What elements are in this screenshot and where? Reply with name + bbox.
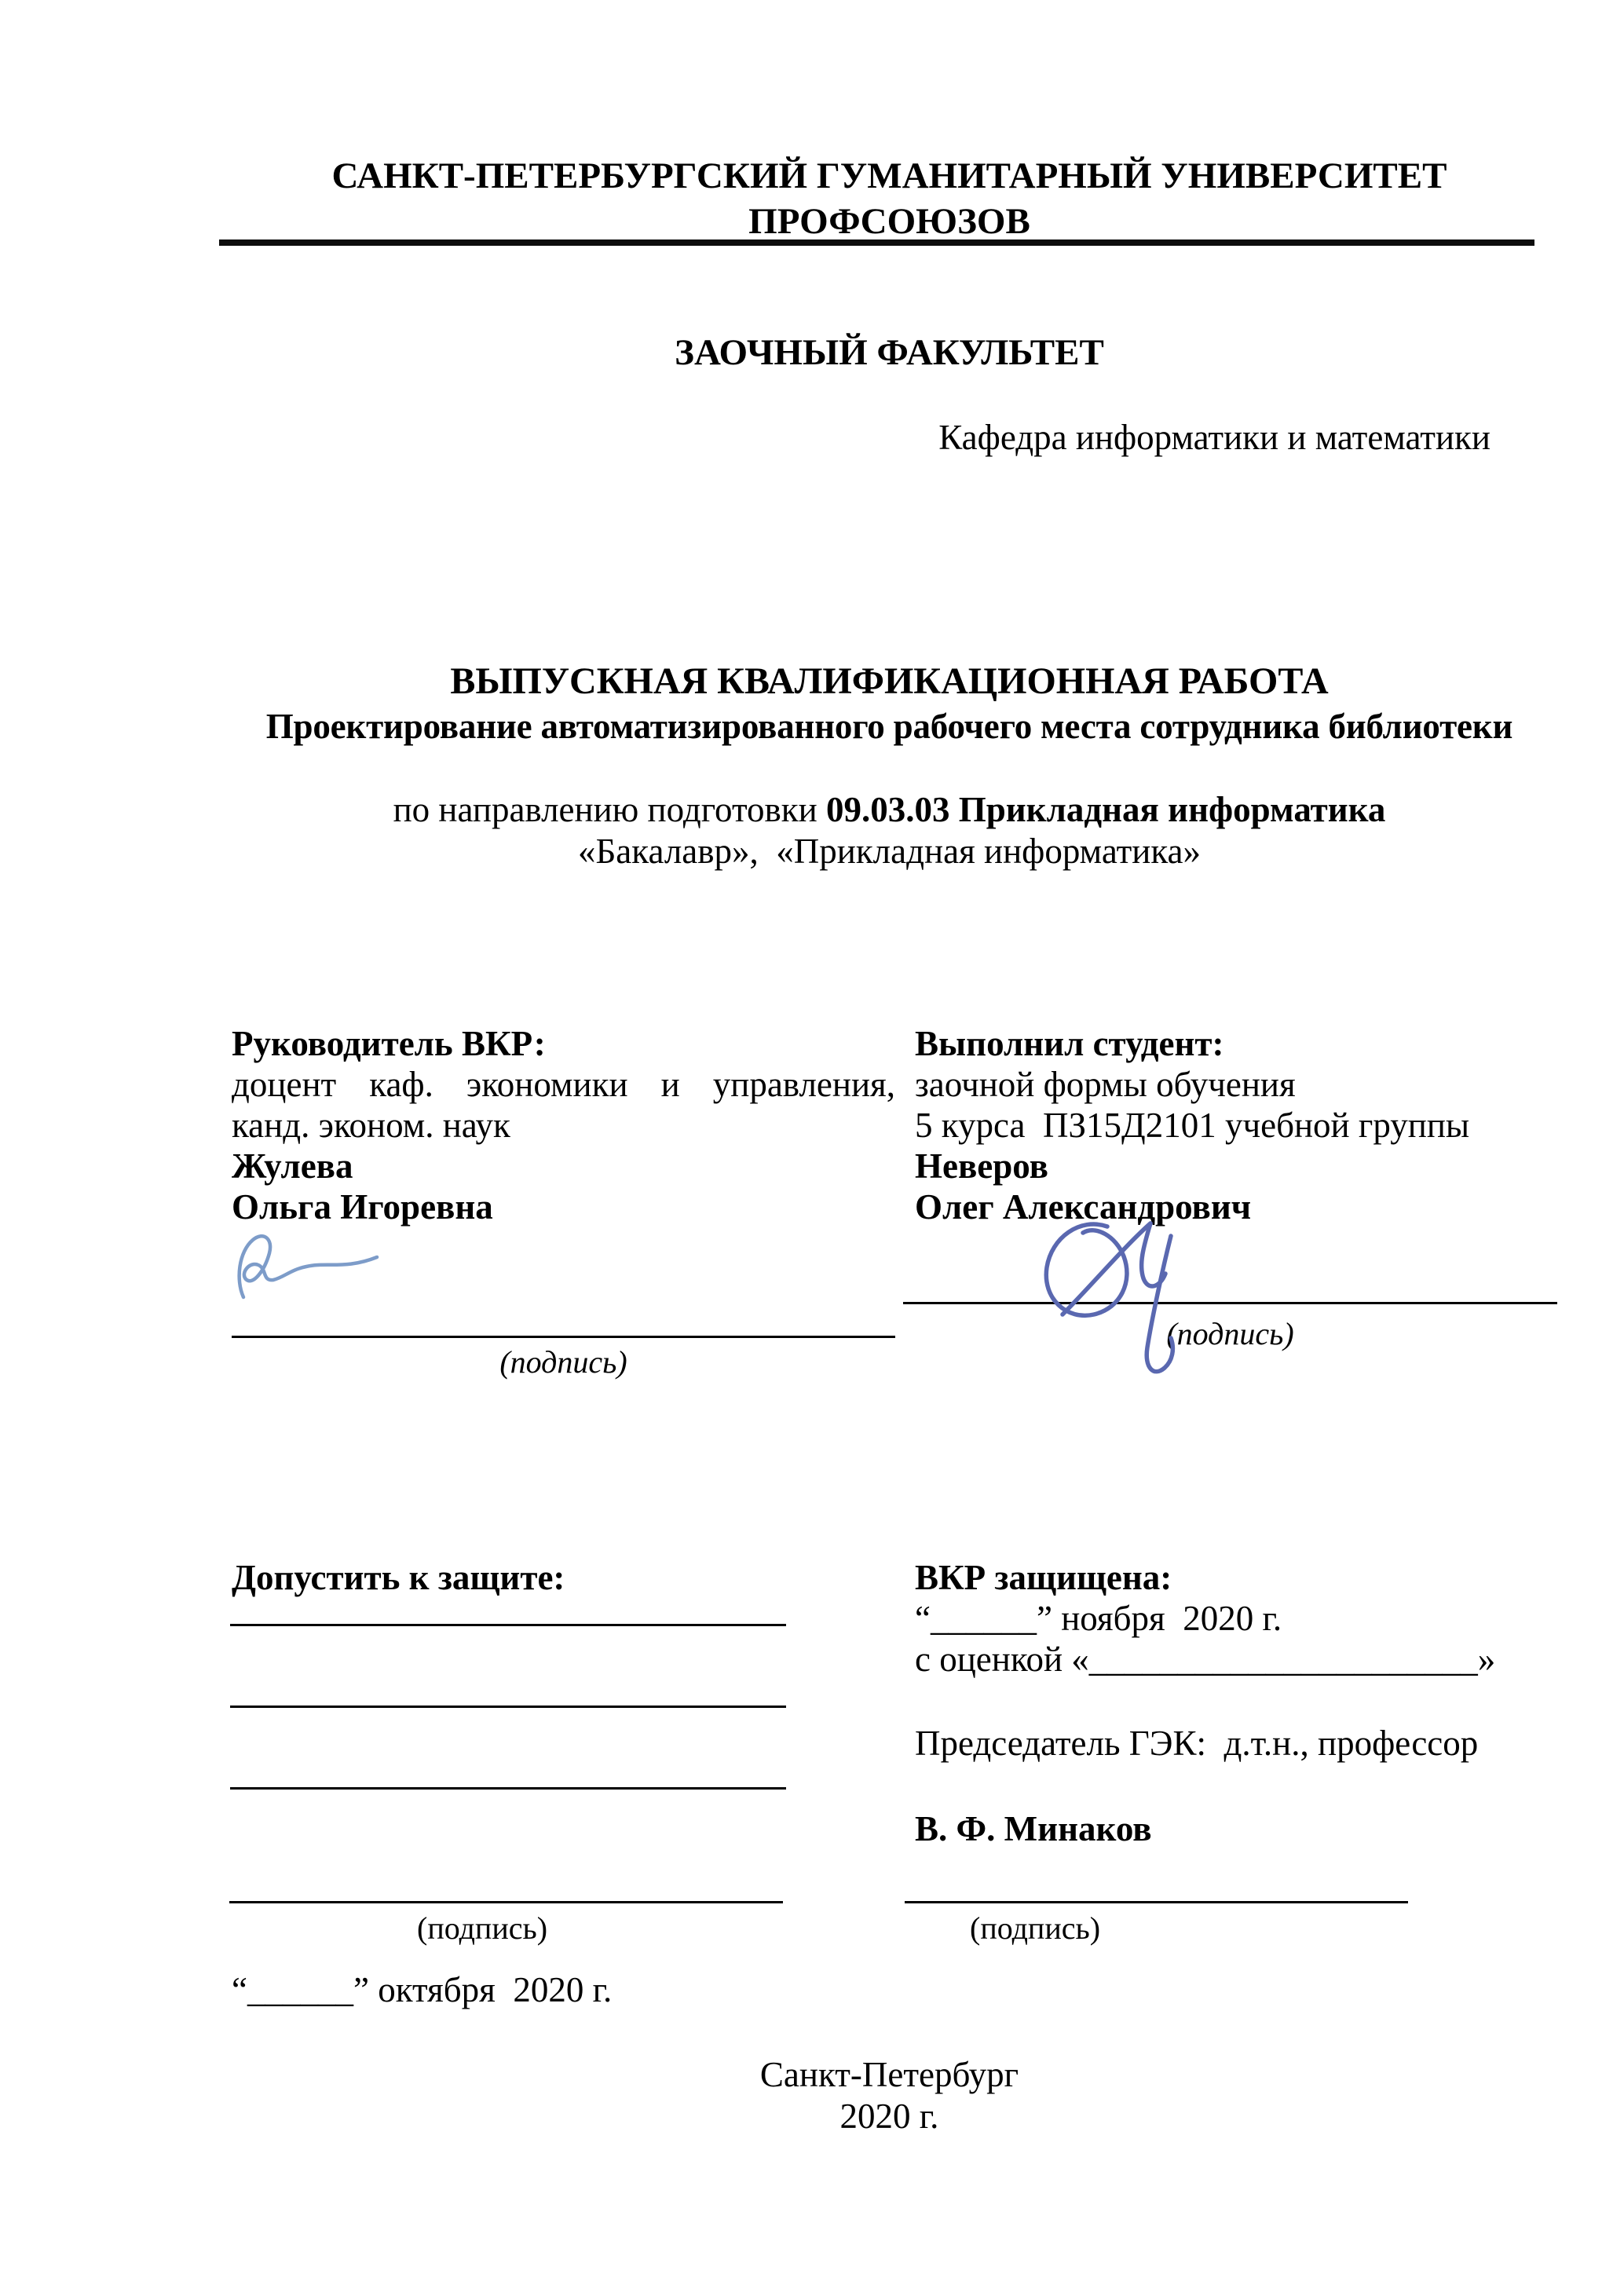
defense-heading: ВКР защищена: <box>915 1557 1547 1598</box>
admission-date-line: “______” октября 2020 г. <box>232 1969 612 2010</box>
footer-city: Санкт-Петербург <box>232 2054 1547 2095</box>
direction-prefix: по направлению подготовки <box>393 790 826 829</box>
chairman-signature-line <box>905 1901 1408 1903</box>
supervisor-position-line1: доцент каф. экономики и управления, <box>232 1064 895 1105</box>
university-name-line2: ПРОФСОЮЗОВ <box>232 199 1547 244</box>
student-signature <box>1033 1216 1229 1384</box>
header-divider <box>219 239 1534 246</box>
qualification-line: «Бакалавр», «Прикладная информатика» <box>232 831 1547 872</box>
student-line1: заочной формы обучения <box>915 1064 1547 1105</box>
supervisor-position-line2: канд. эконом. наук <box>232 1105 895 1146</box>
work-topic: Проектирование автоматизированного рабоч… <box>232 706 1547 747</box>
student-signature-caption: (подпись) <box>903 1316 1557 1352</box>
supervisor-name: Ольга Игоревна <box>232 1186 895 1227</box>
work-type-title: ВЫПУСКНАЯ КВАЛИФИКАЦИОННАЯ РАБОТА <box>232 661 1547 702</box>
supervisor-heading: Руководитель ВКР: <box>232 1023 895 1064</box>
defense-date-line: “______” ноября 2020 г. <box>915 1598 1547 1639</box>
student-line2: 5 курса ПЗ15Д2101 учебной группы <box>915 1105 1547 1146</box>
faculty-name: ЗАОЧНЫЙ ФАКУЛЬТЕТ <box>232 331 1547 375</box>
chairman-signature-caption: (подпись) <box>970 1910 1100 1947</box>
supervisor-surname: Жулева <box>232 1146 895 1186</box>
admission-heading: Допустить к защите: <box>232 1557 565 1598</box>
department-name: Кафедра информатики и математики <box>232 417 1547 458</box>
student-block: Выполнил студент: заочной формы обучения… <box>915 1023 1547 1227</box>
admission-signature-line <box>229 1901 783 1903</box>
supervisor-signature <box>234 1234 387 1305</box>
admission-blank-line-3 <box>230 1787 786 1790</box>
defense-chairman-line: Председатель ГЭК: д.т.н., профессор <box>915 1723 1547 1764</box>
admission-signature-caption: (подпись) <box>417 1910 547 1947</box>
study-direction-line: по направлению подготовки 09.03.03 Прикл… <box>232 789 1547 830</box>
defense-block: ВКР защищена: “______” ноября 2020 г. с … <box>915 1557 1547 1849</box>
supervisor-signature-line <box>232 1336 895 1338</box>
supervisor-signature-caption: (подпись) <box>232 1344 895 1380</box>
footer-year: 2020 г. <box>232 2096 1547 2137</box>
direction-code: 09.03.03 Прикладная информатика <box>826 790 1385 829</box>
admission-blank-line-2 <box>230 1706 786 1708</box>
student-name: Олег Александрович <box>915 1186 1547 1227</box>
admission-blank-line-1 <box>230 1624 786 1626</box>
student-surname: Неверов <box>915 1146 1547 1186</box>
supervisor-block: Руководитель ВКР: доцент каф. экономики … <box>232 1023 895 1227</box>
thesis-title-page: САНКТ-ПЕТЕРБУРГСКИЙ ГУМАНИТАРНЫЙ УНИВЕРС… <box>0 0 1624 2296</box>
university-name-line1: САНКТ-ПЕТЕРБУРГСКИЙ ГУМАНИТАРНЫЙ УНИВЕРС… <box>232 154 1547 199</box>
student-heading: Выполнил студент: <box>915 1023 1547 1064</box>
student-signature-line <box>903 1302 1557 1304</box>
defense-chairman-name: В. Ф. Минаков <box>915 1808 1547 1849</box>
defense-grade-line: с оценкой «______________________» <box>915 1639 1547 1680</box>
